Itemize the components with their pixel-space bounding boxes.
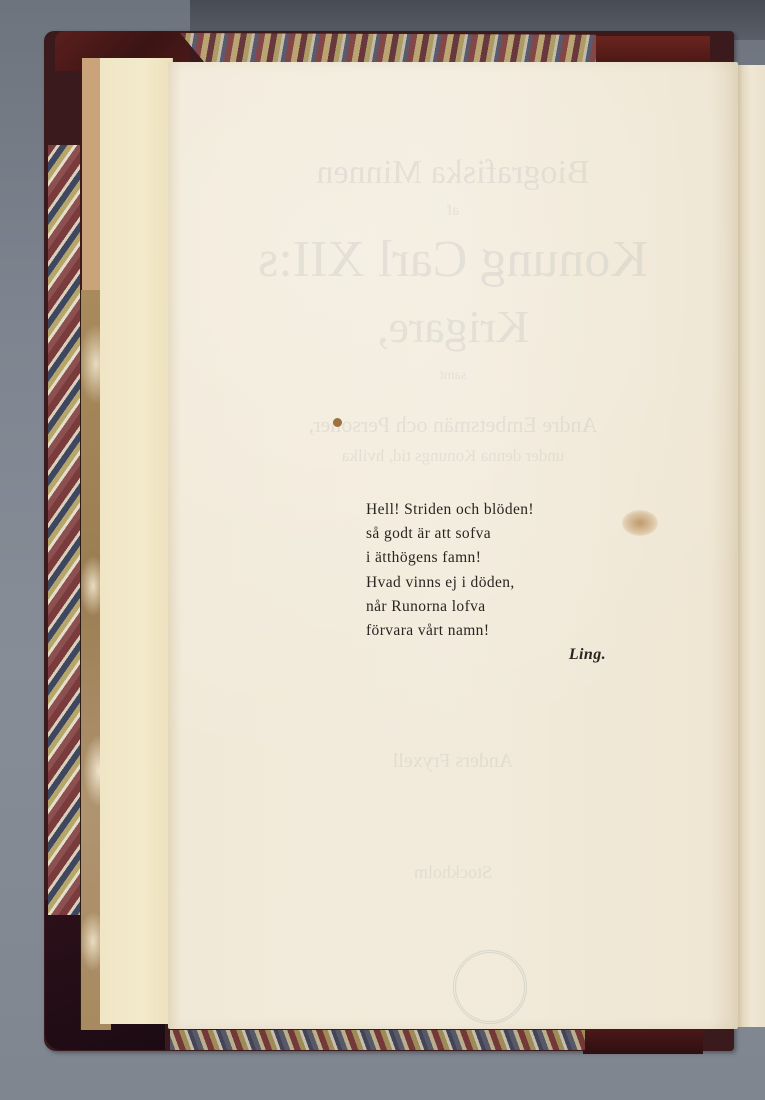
- ink-spot: [333, 418, 342, 427]
- marbled-board-top: [180, 33, 596, 63]
- leather-corner-top-right: [595, 36, 710, 64]
- bleed-through-line: under denna Konungs tid, hvilka: [168, 446, 738, 466]
- poem-line: i ätthögens famn!: [366, 546, 606, 570]
- leather-corner-bottom-right: [583, 1030, 703, 1054]
- flyleaf: [100, 58, 173, 1024]
- bleed-through-line: Konung Carl XII:s: [168, 230, 738, 289]
- marbled-board-bottom: [170, 1030, 585, 1050]
- book-page: Biografiska Minnen af Konung Carl XII:s …: [168, 62, 738, 1029]
- poem-line: så godt är att sofva: [366, 522, 606, 546]
- poem: Hell! Striden och blöden! så godt är att…: [366, 498, 606, 667]
- poem-author: Ling.: [366, 643, 606, 667]
- poem-line: Hvad vinns ej i döden,: [366, 571, 606, 595]
- library-stamp: [453, 950, 527, 1024]
- bleed-through-line: Stockholm: [168, 862, 738, 883]
- bleed-through-line: Krigare,: [168, 300, 738, 353]
- bleed-through-line: Andre Embetsmän och Personer,: [168, 412, 738, 438]
- poem-line: förvara vårt namn!: [366, 619, 606, 643]
- bleed-through-line: Biografiska Minnen: [168, 154, 738, 192]
- facing-page-edge: [737, 65, 765, 1027]
- bleed-through-line: Anders Fryxell: [168, 750, 738, 773]
- poem-line: når Runorna lofva: [366, 595, 606, 619]
- foxing-stain: [622, 510, 658, 536]
- marbled-board-left: [48, 145, 80, 915]
- poem-line: Hell! Striden och blöden!: [366, 498, 606, 522]
- bleed-through-line: samt: [168, 368, 738, 384]
- bleed-through-line: af: [168, 202, 738, 220]
